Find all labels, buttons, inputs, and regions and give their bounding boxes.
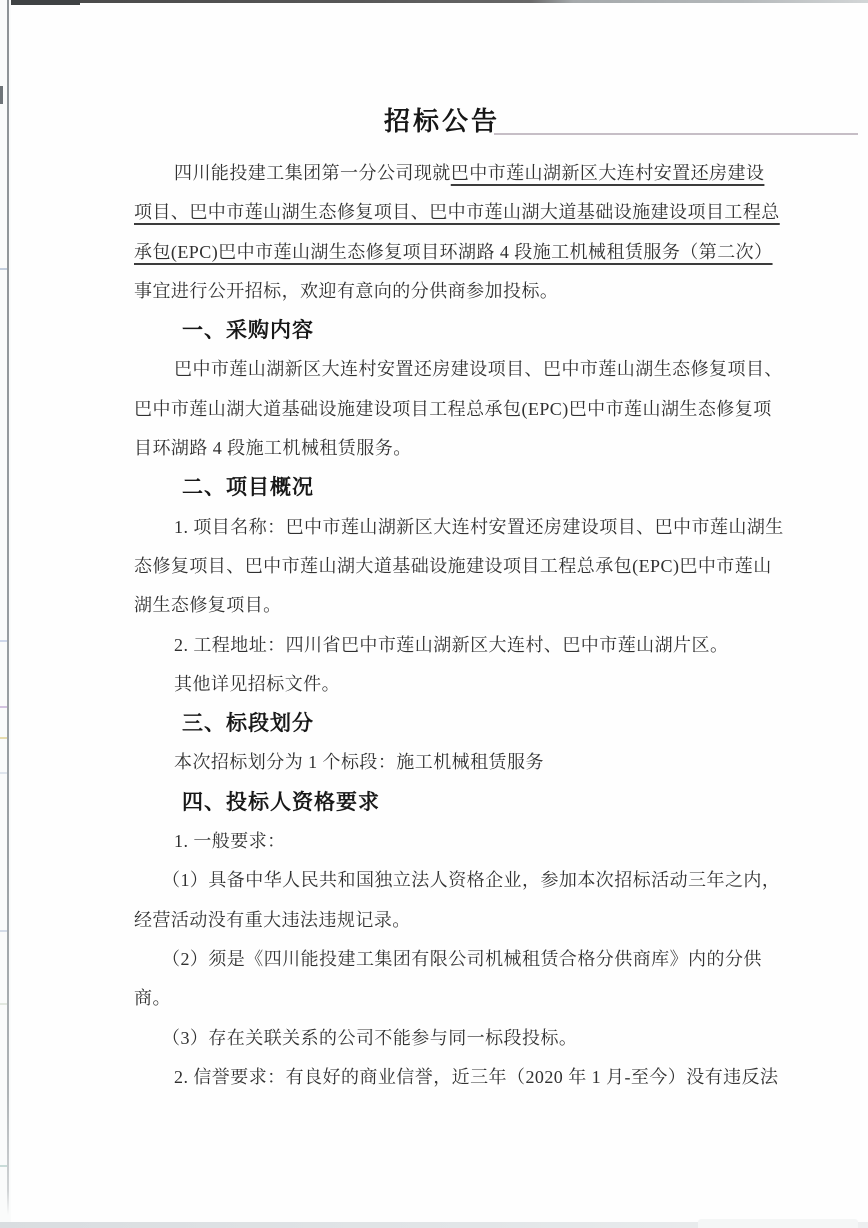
scanned-document-page: 招标公告 四川能投建工集团第一分公司现就巴中市莲山湖新区大连村安置还房建设 项目…	[0, 0, 868, 1228]
section-1-line-2: 巴中市莲山湖大道基础设施建设项目工程总承包(EPC)巴中市莲山湖生态修复项	[134, 390, 750, 429]
section-2-line-3: 湖生态修复项目。	[134, 586, 750, 625]
section-3-heading: 三、标段划分	[134, 704, 750, 743]
section-2-line-1: 1. 项目名称：巴中市莲山湖新区大连村安置还房建设项目、巴中市莲山湖生	[134, 508, 750, 547]
scan-edge-left-line	[7, 0, 9, 1215]
scan-edge-top-corner	[0, 0, 80, 5]
document-content: 招标公告 四川能投建工集团第一分公司现就巴中市莲山湖新区大连村安置还房建设 项目…	[134, 0, 750, 1097]
intro-line-1-plain: 四川能投建工集团第一分公司现就	[174, 163, 451, 183]
section-2-line-4: 2. 工程地址：四川省巴中市莲山湖新区大连村、巴中市莲山湖片区。	[134, 626, 750, 665]
section-4-line-7: 2. 信誉要求：有良好的商业信誉，近三年（2020 年 1 月-至今）没有违反法	[134, 1058, 750, 1097]
intro-line-3-underlined: 承包(EPC)巴中市莲山湖生态修复项目环湖路 4 段施工机械租赁服务（第二次）	[134, 242, 773, 262]
intro-line-1: 四川能投建工集团第一分公司现就巴中市莲山湖新区大连村安置还房建设	[134, 154, 750, 193]
document-title: 招标公告	[134, 103, 750, 139]
scan-edge-left	[0, 0, 11, 1228]
section-4-line-6: （3）存在关联关系的公司不能参与同一标段投标。	[134, 1019, 750, 1058]
section-1-heading: 一、采购内容	[134, 311, 750, 350]
intro-line-3: 承包(EPC)巴中市莲山湖生态修复项目环湖路 4 段施工机械租赁服务（第二次）	[134, 233, 750, 272]
section-4-line-2: （1）具备中华人民共和国独立法人资格企业，参加本次招标活动三年之内，	[134, 861, 750, 900]
intro-line-4: 事宜进行公开招标，欢迎有意向的分供商参加投标。	[134, 272, 750, 311]
section-4-line-3: 经营活动没有重大违法违规记录。	[134, 901, 750, 940]
section-1-line-3: 目环湖路 4 段施工机械租赁服务。	[134, 429, 750, 468]
intro-line-2-underlined: 项目、巴中市莲山湖生态修复项目、巴中市莲山湖大道基础设施建设项目工程总	[134, 202, 780, 222]
section-2-line-2: 态修复项目、巴中市莲山湖大道基础设施建设项目工程总承包(EPC)巴中市莲山	[134, 547, 750, 586]
intro-line-2: 项目、巴中市莲山湖生态修复项目、巴中市莲山湖大道基础设施建设项目工程总	[134, 193, 750, 232]
section-4-line-4: （2）须是《四川能投建工集团有限公司机械租赁合格分供商库》内的分供	[134, 940, 750, 979]
section-1-line-1: 巴中市莲山湖新区大连村安置还房建设项目、巴中市莲山湖生态修复项目、	[134, 350, 750, 389]
scan-edge-left-dash	[0, 86, 3, 104]
section-2-line-5: 其他详见招标文件。	[134, 665, 750, 704]
section-4-line-1: 1. 一般要求：	[134, 822, 750, 861]
section-3-line-1: 本次招标划分为 1 个标段：施工机械租赁服务	[134, 743, 750, 782]
section-4-line-5: 商。	[134, 979, 750, 1018]
intro-line-1-underlined: 巴中市莲山湖新区大连村安置还房建设	[451, 163, 765, 183]
scan-edge-bottom-box	[698, 1219, 858, 1228]
section-4-heading: 四、投标人资格要求	[134, 783, 750, 822]
section-2-heading: 二、项目概况	[134, 468, 750, 507]
